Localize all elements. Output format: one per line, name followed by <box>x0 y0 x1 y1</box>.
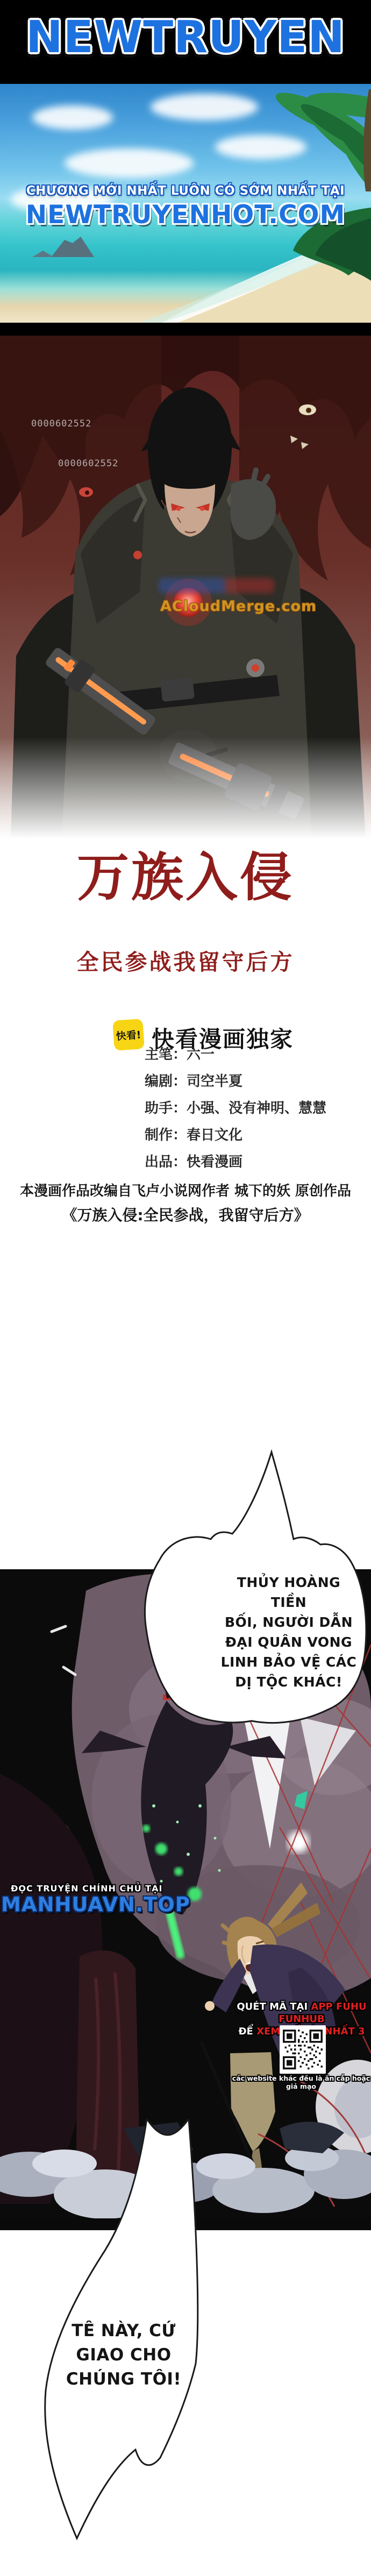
adaptation-note-1: 本漫画作品改编自飞卢小说网作者 城下的妖 原创作品 <box>0 1180 371 1200</box>
qr-code-pattern <box>283 2030 323 2069</box>
cloud-shape <box>151 94 258 120</box>
comic-page: NEWTRUYEN CHƯƠNG MỚI NHẤT LUÔN CÓ SỚM NH… <box>0 0 371 2576</box>
qr-code-image <box>280 2025 326 2074</box>
header-tagline: CHƯƠNG MỚI NHẤT LUÔN CÓ SỚM NHẤT TẠI <box>0 184 371 198</box>
speech-line: LINH BẢO VỆ CÁC <box>219 1652 359 1672</box>
speech-line: CHÚNG TÔI! <box>46 2367 202 2392</box>
comic-subtitle: 全民参战我留守后方 <box>0 944 371 976</box>
speech-line: TÊ NÀY, CỨ <box>46 2319 202 2343</box>
speech-line: ĐẠI QUÂN VONG <box>219 1632 359 1652</box>
header-site-url: NEWTRUYENHOT.COM <box>0 200 371 230</box>
credit-line: 制作：春日文化 <box>145 1122 326 1149</box>
watermark-manhuavn: MANHUAVN.TOP <box>1 1893 190 1916</box>
qr-promo-line2-prefix: ĐỂ <box>238 2026 256 2037</box>
qr-warning-text: các website khác đều là ăn cắp hoặc giả … <box>231 2074 371 2090</box>
watermark-read-official-label: ĐỌC TRUYỆN CHÍNH CHỦ TẠI <box>11 1883 162 1894</box>
watermark-id-1: 0000602552 <box>31 418 91 429</box>
cloud-shape <box>65 148 194 178</box>
credit-line: 助手：小强、没有神明、慧慧 <box>145 1095 326 1122</box>
credit-line: 出品：快看漫画 <box>145 1149 326 1176</box>
credit-line: 编剧：司空半夏 <box>145 1068 326 1095</box>
speech-line: THỦY HOÀNG TIỀN <box>219 1572 359 1612</box>
speech-line: DỊ TỘC KHÁC! <box>219 1672 359 1692</box>
comic-title: 万族入侵 <box>0 843 371 911</box>
qr-promo-line1-prefix: QUÉT MÃ TẠI <box>237 2001 311 2012</box>
speech-line: GIAO CHO <box>46 2343 202 2367</box>
speech-bubble-1-text: THỦY HOÀNG TIỀN BỐI, NGƯỜI DẪN ĐẠI QUÂN … <box>219 1572 359 1692</box>
credits-list: 主笔：六一 编剧：司空半夏 助手：小强、没有神明、慧慧 制作：春日文化 出品：快… <box>145 1041 326 1176</box>
speech-line: BỐI, NGƯỜI DẪN <box>219 1612 359 1632</box>
watermark-id-2: 0000602552 <box>58 458 118 469</box>
cloud-shape <box>32 105 113 130</box>
adaptation-note-2: 《万族入侵:全民参战，我留守后方》 <box>0 1204 371 1225</box>
cloud-shape <box>215 135 306 159</box>
watermark-acloudmerge: ACloudMerge.com <box>160 598 317 615</box>
credit-line: 主笔：六一 <box>145 1041 326 1068</box>
qr-promo-line-1: QUÉT MÃ TẠI APP FUHU FUNHUB <box>234 2001 369 2025</box>
speech-bubble-2-text: TÊ NÀY, CỨ GIAO CHO CHÚNG TÔI! <box>46 2319 202 2392</box>
watermark-smudge <box>159 578 274 593</box>
kuaikan-badge-icon: 快看! <box>112 1019 145 1051</box>
site-logo: NEWTRUYEN <box>0 12 371 63</box>
header-banner: NEWTRUYEN CHƯƠNG MỚI NHẤT LUÔN CÓ SỚM NH… <box>0 0 371 323</box>
